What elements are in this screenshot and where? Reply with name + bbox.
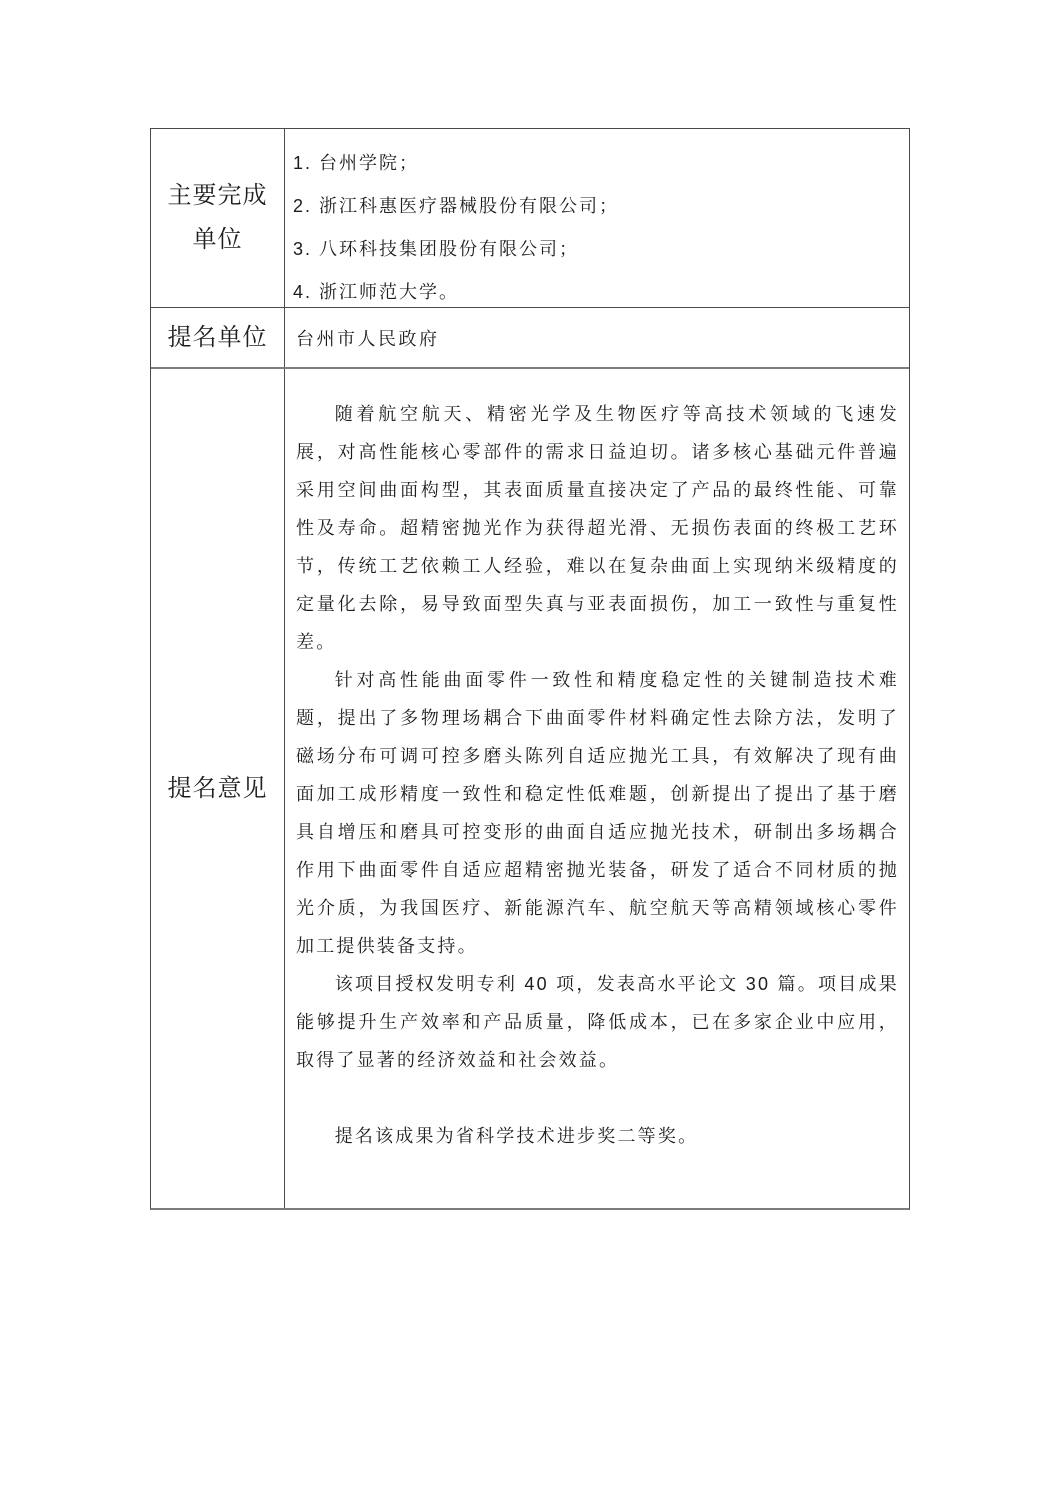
label-cell-main-completing-units: 主要完成 单位 bbox=[151, 129, 285, 307]
label-cell-nominating-unit: 提名单位 bbox=[151, 308, 285, 367]
table-row-nomination-opinion: 提名意见 随着航空航天、精密光学及生物医疗等高技术领域的飞速发展，对高性能核心零… bbox=[151, 369, 909, 1208]
nominating-unit-value: 台州市人民政府 bbox=[296, 325, 440, 351]
list-item-unit-2: 2. 浙江科惠医疗器械股份有限公司； bbox=[293, 185, 899, 228]
row-label: 提名单位 bbox=[168, 316, 268, 360]
list-item-unit-1: 1. 台州学院； bbox=[293, 142, 899, 185]
opinion-paragraph-1: 随着航空航天、精密光学及生物医疗等高技术领域的飞速发展，对高性能核心零部件的需求… bbox=[296, 395, 899, 661]
label-cell-nomination-opinion: 提名意见 bbox=[151, 369, 285, 1208]
row-label-line: 单位 bbox=[193, 218, 243, 262]
row-label: 提名意见 bbox=[168, 767, 268, 811]
value-cell-nomination-opinion: 随着航空航天、精密光学及生物医疗等高技术领域的飞速发展，对高性能核心零部件的需求… bbox=[285, 369, 909, 1208]
value-cell-unit-list: 1. 台州学院； 2. 浙江科惠医疗器械股份有限公司； 3. 八环科技集团股份有… bbox=[285, 129, 909, 307]
row-label-line: 主要完成 bbox=[168, 174, 268, 218]
table-row-nominating-unit: 提名单位 台州市人民政府 bbox=[151, 308, 909, 369]
opinion-paragraph-3: 该项目授权发明专利 40 项，发表高水平论文 30 篇。项目成果能够提升生产效率… bbox=[296, 965, 899, 1079]
list-item-unit-3: 3. 八环科技集团股份有限公司； bbox=[293, 228, 899, 271]
opinion-paragraph-4: 提名该成果为省科学技术进步奖二等奖。 bbox=[296, 1117, 899, 1155]
document-page: 主要完成 单位 1. 台州学院； 2. 浙江科惠医疗器械股份有限公司； 3. 八… bbox=[0, 0, 1061, 1500]
table-row-main-completing-units: 主要完成 单位 1. 台州学院； 2. 浙江科惠医疗器械股份有限公司； 3. 八… bbox=[151, 129, 909, 308]
nomination-form-table: 主要完成 单位 1. 台州学院； 2. 浙江科惠医疗器械股份有限公司； 3. 八… bbox=[150, 128, 910, 1210]
opinion-paragraph-2: 针对高性能曲面零件一致性和精度稳定性的关键制造技术难题，提出了多物理场耦合下曲面… bbox=[296, 661, 899, 965]
value-cell-nominating-unit: 台州市人民政府 bbox=[285, 308, 909, 367]
